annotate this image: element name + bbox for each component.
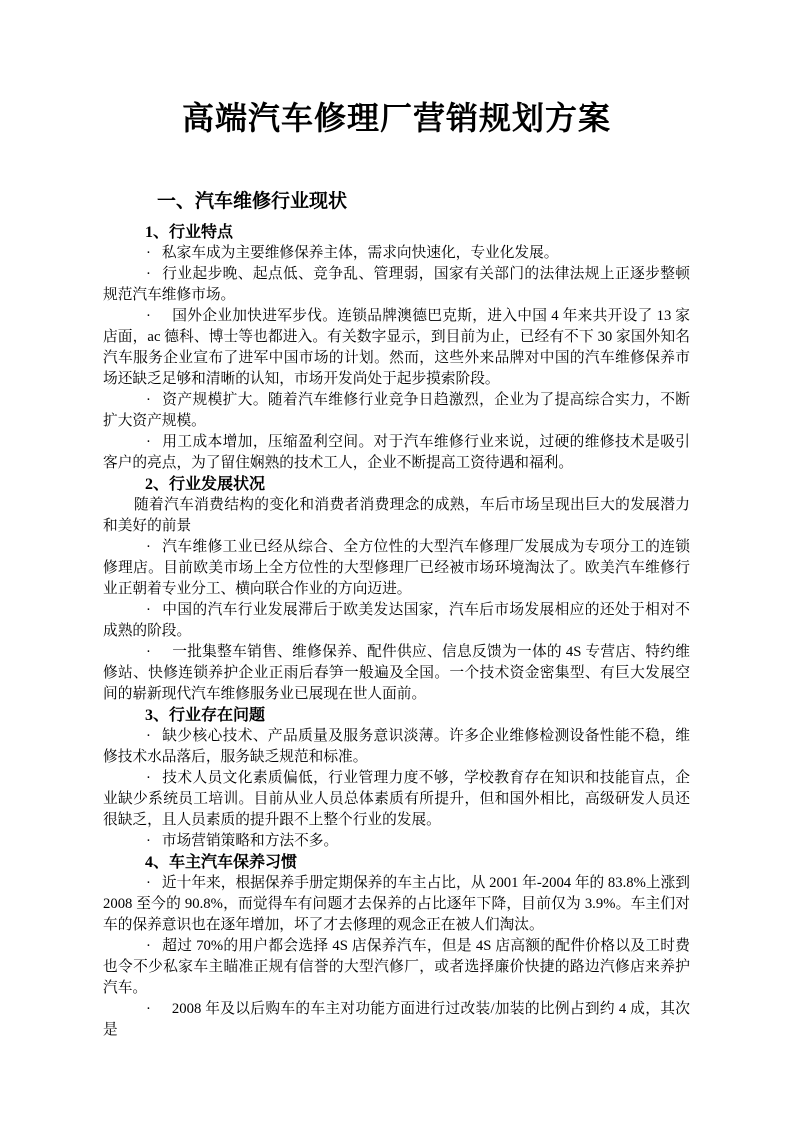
subsection-heading-2: 2、行业发展状况 xyxy=(103,474,690,495)
paragraph: ·用工成本增加，压缩盈利空间。对于汽车维修行业来说，过硬的维修技术是吸引客户的亮… xyxy=(103,432,690,474)
paragraph-text: 私家车成为主要维修保养主体，需求向快速化，专业化发展。 xyxy=(162,245,559,261)
bullet-dot: · xyxy=(146,770,151,786)
bullet-dot: · xyxy=(146,266,151,282)
bullet-dot: · xyxy=(146,392,151,408)
paragraph-text: 近十年来，根据保养手册定期保养的车主占比，从 2001 年-2004 年的 83… xyxy=(103,875,690,933)
bullet-dot: · xyxy=(146,602,151,618)
paragraph-text: 随着汽车消费结构的变化和消费者消费理念的成熟，车后市场呈现出巨大的发展潜力和美好… xyxy=(103,497,690,534)
paragraph-text: 一批集整车销售、维修保养、配件供应、信息反馈为一体的 4S 专营店、特约维修站、… xyxy=(103,644,690,702)
bullet-dot: · xyxy=(146,245,151,261)
paragraph-text: 资产规模扩大。随着汽车维修行业竞争日趋激烈，企业为了提高综合实力，不断扩大资产规… xyxy=(103,392,690,429)
paragraph: ·私家车成为主要维修保养主体，需求向快速化，专业化发展。 xyxy=(103,243,690,264)
paragraph-text: 2008 年及以后购车的车主对功能方面进行过改装/加装的比例占到约 4 成，其次… xyxy=(103,1001,690,1038)
paragraph: ·市场营销策略和方法不多。 xyxy=(103,831,690,852)
paragraph: ·超过 70%的用户都会选择 4S 店保养汽车，但是 4S 店高额的配件价格以及… xyxy=(103,936,690,999)
paragraph: ·一批集整车销售、维修保养、配件供应、信息反馈为一体的 4S 专营店、特约维修站… xyxy=(103,642,690,705)
paragraph: ·技术人员文化素质偏低，行业管理力度不够，学校教育存在知识和技能盲点，企业缺少系… xyxy=(103,768,690,831)
bullet-dot: · xyxy=(146,1001,151,1017)
document-page: 高端汽车修理厂营销规划方案 一、汽车维修行业现状 1、行业特点 ·私家车成为主要… xyxy=(0,0,794,1123)
section-body: 1、行业特点 ·私家车成为主要维修保养主体，需求向快速化，专业化发展。 ·行业起… xyxy=(103,222,690,1041)
bullet-dot: · xyxy=(146,434,151,450)
paragraph: 随着汽车消费结构的变化和消费者消费理念的成熟，车后市场呈现出巨大的发展潜力和美好… xyxy=(103,495,690,537)
paragraph: ·2008 年及以后购车的车主对功能方面进行过改装/加装的比例占到约 4 成，其… xyxy=(103,999,690,1041)
bullet-dot: · xyxy=(146,938,151,954)
paragraph: ·资产规模扩大。随着汽车维修行业竞争日趋激烈，企业为了提高综合实力，不断扩大资产… xyxy=(103,390,690,432)
document-content: 高端汽车修理厂营销规划方案 一、汽车维修行业现状 1、行业特点 ·私家车成为主要… xyxy=(0,96,794,1041)
paragraph-text: 中国的汽车行业发展滞后于欧美发达国家，汽车后市场发展相应的还处于相对不成熟的阶段… xyxy=(103,602,690,639)
paragraph: ·国外企业加快进军步伐。连锁品牌澳德巴克斯，进入中国 4 年来共开设了 13 家… xyxy=(103,306,690,390)
document-title: 高端汽车修理厂营销规划方案 xyxy=(103,96,690,140)
subsection-heading-4: 4、车主汽车保养习惯 xyxy=(103,852,690,873)
bullet-dot: · xyxy=(146,539,151,555)
subsection-heading-3: 3、行业存在问题 xyxy=(103,705,690,726)
subsection-heading-1: 1、行业特点 xyxy=(103,222,690,243)
paragraph: ·汽车维修工业已经从综合、全方位性的大型汽车修理厂发展成为专项分工的连锁修理店。… xyxy=(103,537,690,600)
paragraph-text: 技术人员文化素质偏低，行业管理力度不够，学校教育存在知识和技能盲点，企业缺少系统… xyxy=(103,770,690,828)
bullet-dot: · xyxy=(146,728,151,744)
bullet-dot: · xyxy=(146,644,151,660)
bullet-dot: · xyxy=(146,308,151,324)
paragraph-text: 汽车维修工业已经从综合、全方位性的大型汽车修理厂发展成为专项分工的连锁修理店。目… xyxy=(103,539,690,597)
paragraph: ·近十年来，根据保养手册定期保养的车主占比，从 2001 年-2004 年的 8… xyxy=(103,873,690,936)
paragraph: ·中国的汽车行业发展滞后于欧美发达国家，汽车后市场发展相应的还处于相对不成熟的阶… xyxy=(103,600,690,642)
bullet-dot: · xyxy=(146,875,151,891)
paragraph-text: 用工成本增加，压缩盈利空间。对于汽车维修行业来说，过硬的维修技术是吸引客户的亮点… xyxy=(103,434,690,471)
section-heading-1: 一、汽车维修行业现状 xyxy=(103,189,690,214)
bullet-dot: · xyxy=(146,833,151,849)
paragraph-text: 市场营销策略和方法不多。 xyxy=(162,833,338,849)
paragraph: ·行业起步晚、起点低、竞争乱、管理弱，国家有关部门的法律法规上正逐步整顿规范汽车… xyxy=(103,264,690,306)
paragraph-text: 国外企业加快进军步伐。连锁品牌澳德巴克斯，进入中国 4 年来共开设了 13 家店… xyxy=(103,308,690,387)
paragraph: ·缺少核心技术、产品质量及服务意识淡薄。许多企业维修检测设备性能不稳，维修技术水… xyxy=(103,726,690,768)
paragraph-text: 缺少核心技术、产品质量及服务意识淡薄。许多企业维修检测设备性能不稳，维修技术水品… xyxy=(103,728,690,765)
paragraph-text: 超过 70%的用户都会选择 4S 店保养汽车，但是 4S 店高额的配件价格以及工… xyxy=(103,938,690,996)
paragraph-text: 行业起步晚、起点低、竞争乱、管理弱，国家有关部门的法律法规上正逐步整顿规范汽车维… xyxy=(103,266,690,303)
